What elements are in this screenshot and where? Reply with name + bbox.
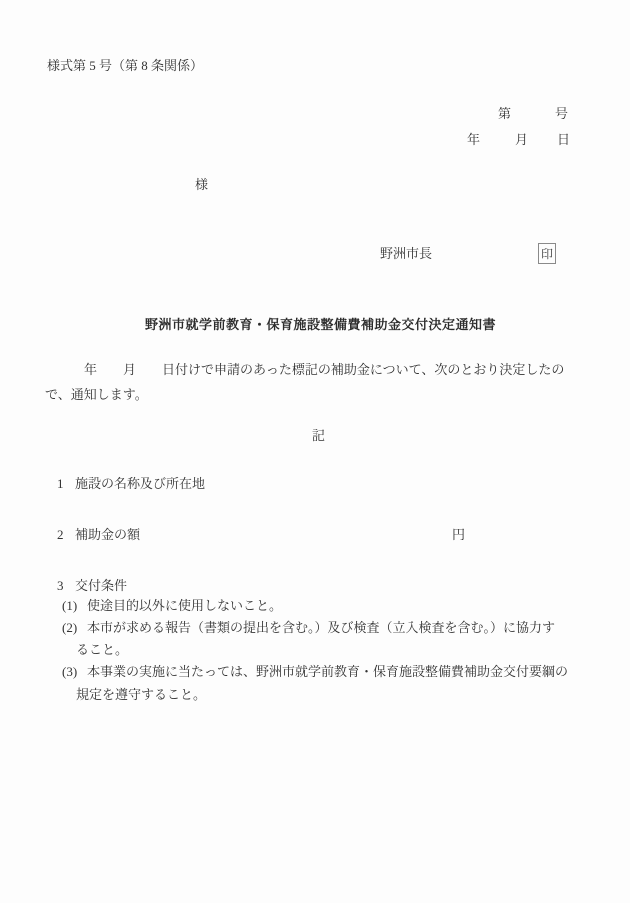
doc-number-prefix: 第 xyxy=(498,107,511,121)
item-3-number: 3 xyxy=(57,579,64,593)
form-number-label: 様式第 5 号（第 8 条関係） xyxy=(47,59,203,73)
item-1-number: 1 xyxy=(57,477,64,491)
condition-2-text: 本市が求める報告（書類の提出を含む。）及び検査（立入検査を含む。）に協力す xyxy=(87,621,555,635)
condition-3-text: 本事業の実施に当たっては、野洲市就学前教育・保育施設整備費補助金交付要綱の xyxy=(87,665,568,679)
item-1-label: 施設の名称及び所在地 xyxy=(75,477,205,491)
item-2-number: 2 xyxy=(57,528,64,542)
condition-2-number: (2) xyxy=(62,621,77,635)
date-day-label: 日 xyxy=(557,133,570,147)
seal-box: 印 xyxy=(538,243,556,264)
seal-label: 印 xyxy=(541,248,553,260)
condition-2-text-continued: ること。 xyxy=(76,643,128,657)
condition-1-number: (1) xyxy=(62,599,77,613)
condition-1-text: 使途目的以外に使用しないこと。 xyxy=(87,599,282,613)
record-marker: 記 xyxy=(312,429,325,443)
item-2-label: 補助金の額 xyxy=(75,528,140,542)
document-page: 様式第 5 号（第 8 条関係） 第 号 年 月 日 様 野洲市長 印 野洲市就… xyxy=(0,0,630,903)
sender-title: 野洲市長 xyxy=(380,247,432,261)
date-year-label: 年 xyxy=(467,133,480,147)
body-paragraph-line2: で、通知します。 xyxy=(45,388,148,402)
condition-3-number: (3) xyxy=(62,665,77,679)
document-title: 野洲市就学前教育・保育施設整備費補助金交付決定通知書 xyxy=(145,318,496,332)
doc-number-suffix: 号 xyxy=(555,107,568,121)
date-month-label: 月 xyxy=(515,133,528,147)
amount-unit-label: 円 xyxy=(452,528,465,542)
addressee-honorific: 様 xyxy=(195,178,208,192)
condition-3-text-continued: 規定を遵守すること。 xyxy=(76,688,206,702)
item-3-label: 交付条件 xyxy=(75,579,127,593)
body-paragraph-line1: 年 月 日付けで申請のあった標記の補助金について、次のとおり決定したの xyxy=(45,363,564,377)
